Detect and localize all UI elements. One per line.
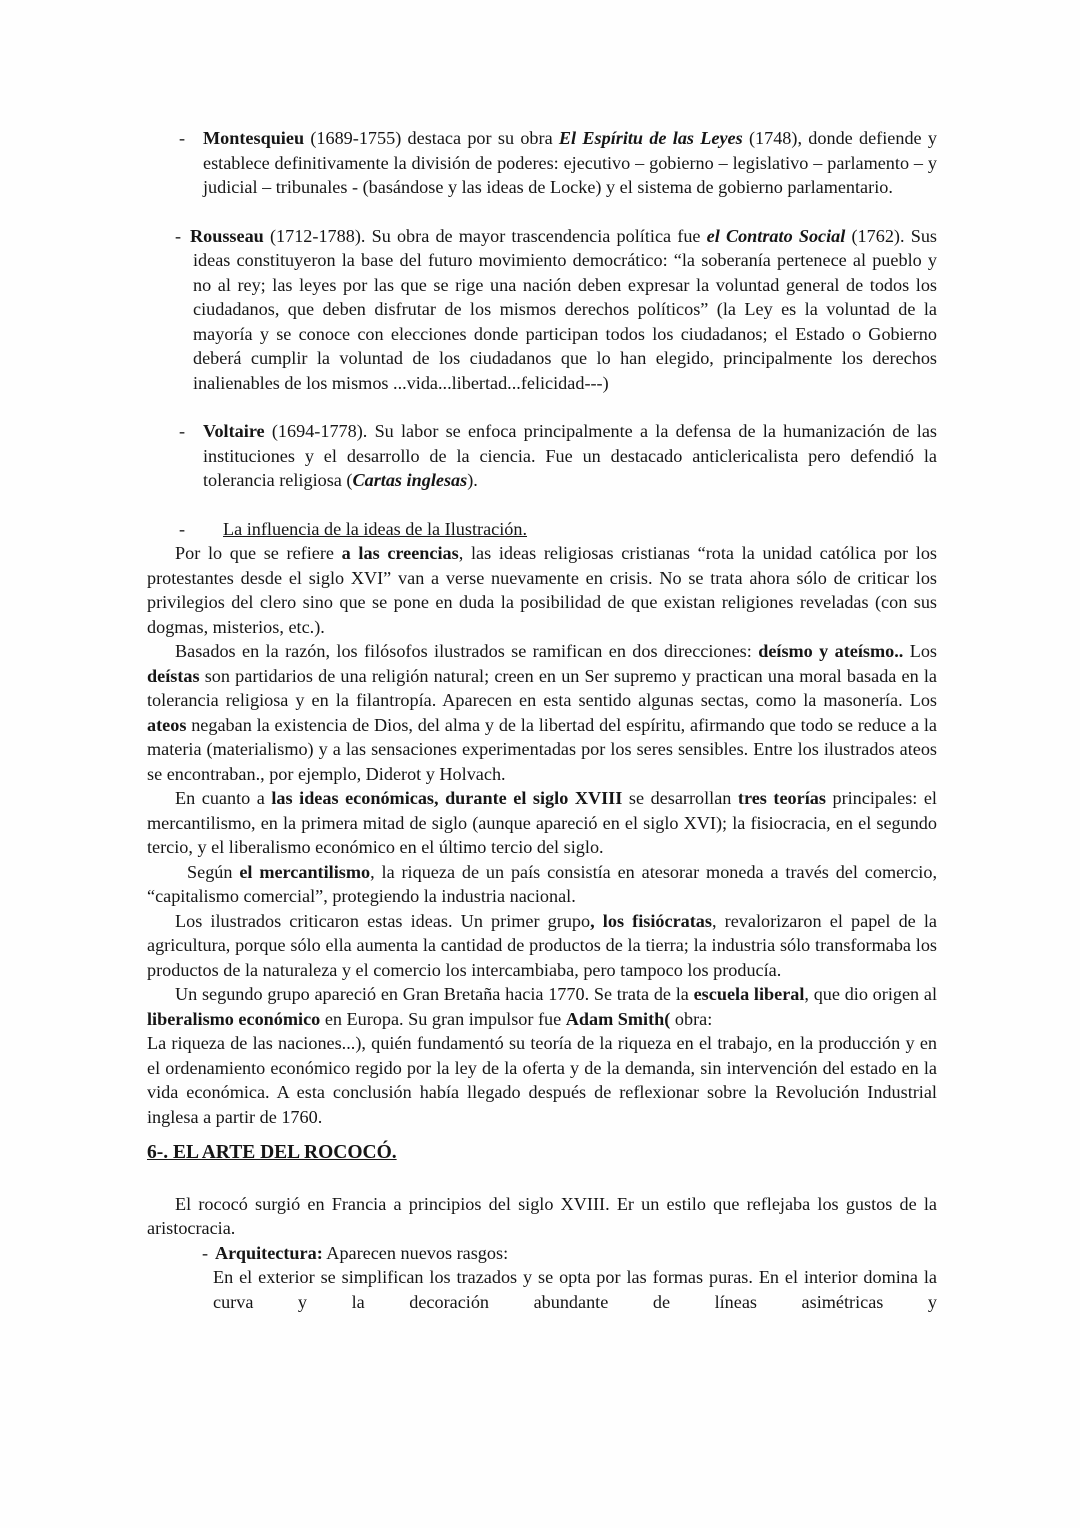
- text-run: En el exterior se simplifican los trazad…: [213, 1267, 937, 1312]
- text-run: , los fisiócratas: [590, 911, 712, 931]
- paragraph-deismo-ateismo: Basados en la razón, los filósofos ilust…: [147, 639, 937, 786]
- text-run: son partidarios de una religión natural;…: [147, 666, 937, 711]
- text-run: Arquitectura:: [215, 1243, 323, 1263]
- sub-bullet-arquitectura: -Arquitectura: Aparecen nuevos rasgos:: [147, 1241, 937, 1266]
- text-run: Por lo que se refiere: [175, 543, 342, 563]
- text-run: El Espíritu de las Leyes: [559, 128, 743, 148]
- text-run: (1762). Sus ideas constituyeron la base …: [193, 226, 937, 393]
- text-run: Cartas inglesas: [352, 470, 467, 490]
- paragraph-creencias: Por lo que se refiere a las creencias, l…: [147, 541, 937, 639]
- paragraph-riqueza-naciones: La riqueza de las naciones...), quién fu…: [147, 1031, 937, 1129]
- text-run: liberalismo económico: [147, 1009, 320, 1029]
- text-run: El rococó surgió en Francia a principios…: [147, 1194, 937, 1239]
- bullet-dash: -: [179, 126, 203, 151]
- text-run: Adam Smith(: [566, 1009, 671, 1029]
- text-run: Los: [903, 641, 937, 661]
- text-run: La influencia de la ideas de la Ilustrac…: [223, 519, 527, 539]
- section-title-arte-rococo: 6-. EL ARTE DEL ROCOCÓ.: [147, 1141, 937, 1166]
- text-run: Aparecen nuevos rasgos:: [323, 1243, 508, 1263]
- text-run: Voltaire: [203, 421, 265, 441]
- paragraph-rococo-intro: El rococó surgió en Francia a principios…: [147, 1192, 937, 1241]
- text-run: el Contrato Social: [707, 226, 846, 246]
- text-run: ateos: [147, 715, 186, 735]
- text-run: escuela liberal: [694, 984, 805, 1004]
- text-run: Según: [187, 862, 239, 882]
- bullet-item-montesquieu: -Montesquieu (1689-1755) destaca por su …: [147, 126, 937, 200]
- text-run: , que dio origen al: [804, 984, 937, 1004]
- bullet-dash: -: [179, 517, 223, 542]
- text-run: Rousseau: [190, 226, 264, 246]
- text-run: deísmo y ateísmo..: [758, 641, 903, 661]
- text-run: se desarrollan: [622, 788, 738, 808]
- text-run: Basados en la razón, los filósofos ilust…: [175, 641, 758, 661]
- sub-paragraph-arquitectura-rasgos: En el exterior se simplifican los trazad…: [147, 1265, 937, 1314]
- text-run: Montesquieu: [203, 128, 304, 148]
- text-run: deístas: [147, 666, 200, 686]
- text-run: obra:: [670, 1009, 712, 1029]
- text-run: en Europa. Su gran impulsor fue: [320, 1009, 565, 1029]
- text-run: (1689-1755) destaca por su obra: [304, 128, 559, 148]
- text-run: las ideas económicas, durante el siglo X…: [271, 788, 622, 808]
- document-body: -Montesquieu (1689-1755) destaca por su …: [147, 126, 937, 1314]
- text-run: el mercantilismo: [239, 862, 370, 882]
- text-run: Un segundo grupo apareció en Gran Bretañ…: [175, 984, 694, 1004]
- text-run: En cuanto a: [175, 788, 271, 808]
- list-heading-influencia-ilustracion: -La influencia de la ideas de la Ilustra…: [147, 517, 937, 542]
- text-run: La riqueza de las naciones...), quién fu…: [147, 1033, 937, 1127]
- text-run: (1712-1788). Su obra de mayor trascenden…: [264, 226, 707, 246]
- paragraph-ideas-economicas: En cuanto a las ideas económicas, durant…: [147, 786, 937, 860]
- text-run: a las creencias: [342, 543, 459, 563]
- text-run: Los ilustrados criticaron estas ideas. U…: [175, 911, 590, 931]
- text-run: (1694-1778). Su labor se enfoca principa…: [203, 421, 937, 490]
- paragraph-fisiocratas: Los ilustrados criticaron estas ideas. U…: [147, 909, 937, 983]
- text-run: ).: [467, 470, 478, 490]
- text-run: 6-. EL ARTE DEL ROCOCÓ.: [147, 1142, 397, 1163]
- bullet-dash: -: [175, 224, 190, 249]
- bullet-dash: -: [202, 1241, 215, 1266]
- paragraph-escuela-liberal: Un segundo grupo apareció en Gran Bretañ…: [147, 982, 937, 1031]
- bullet-item-rousseau: -Rousseau (1712-1788). Su obra de mayor …: [147, 224, 937, 396]
- text-run: tres teorías: [738, 788, 826, 808]
- bullet-dash: -: [179, 419, 203, 444]
- text-run: negaban la existencia de Dios, del alma …: [147, 715, 937, 784]
- bullet-item-voltaire: -Voltaire (1694-1778). Su labor se enfoc…: [147, 419, 937, 493]
- document-page: -Montesquieu (1689-1755) destaca por su …: [0, 0, 1080, 1528]
- paragraph-mercantilismo: Según el mercantilismo, la riqueza de un…: [147, 860, 937, 909]
